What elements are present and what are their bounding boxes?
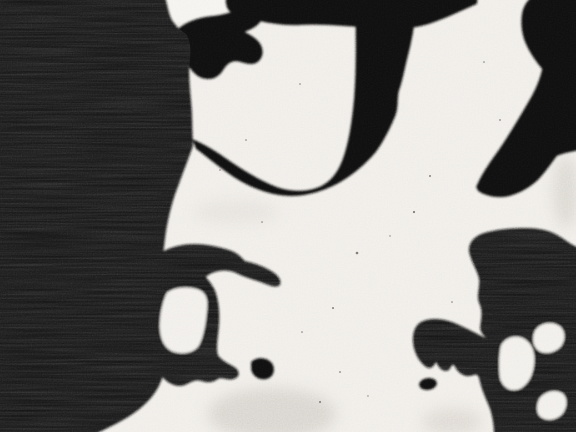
frame-canvas xyxy=(0,0,576,432)
grain-texture-soft xyxy=(0,0,576,432)
film-frame xyxy=(0,0,576,432)
